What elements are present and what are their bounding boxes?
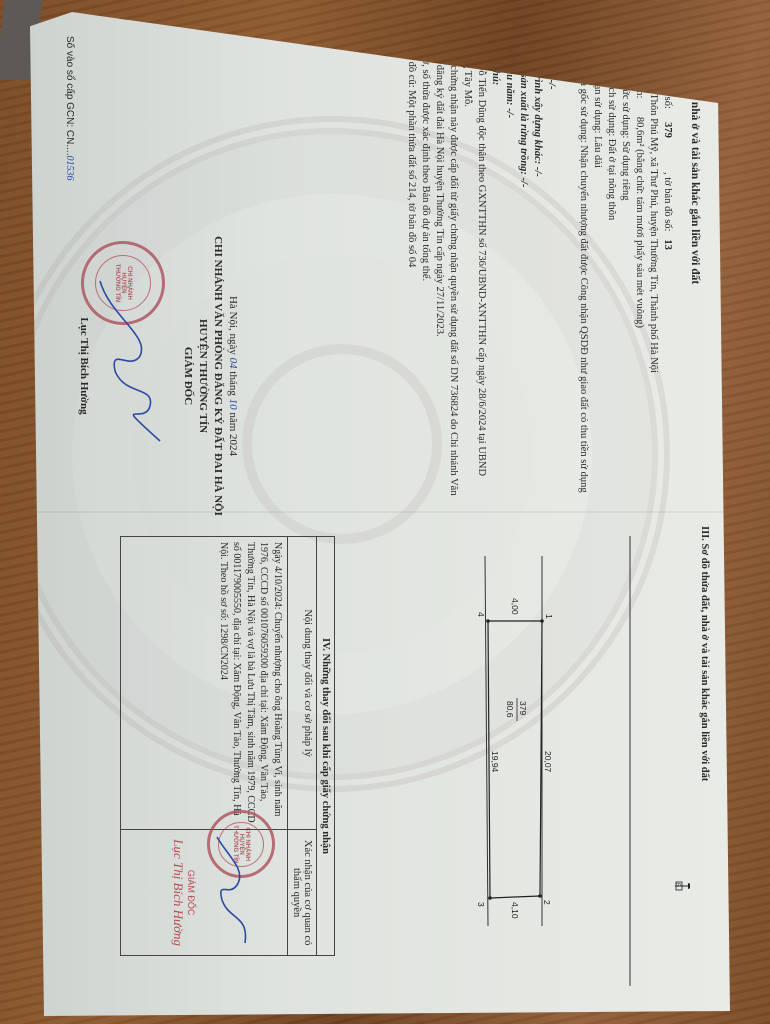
issuer-org-line1: CHI NHÁNH VĂN PHÒNG ĐĂNG KÝ ĐẤT ĐAI HÀ N… [210,216,225,536]
note-item: - Số tờ, số thửa được xác định theo Bản … [418,36,432,506]
table-row: Ngày 4/10/2024: Chuyển nhượng cho ông Ho… [121,537,288,956]
changes-table: IV. Những thay đổi sau khi cấp giấy chứn… [120,536,335,956]
date-prefix: Hà Nội, ngày [227,296,239,355]
registry-label: Số vào sổ cấp GCN: CN.... [64,36,75,156]
origin-row: g) Nguồn gốc sử dụng: Nhận chuyển nhượng… [562,36,590,506]
usage-form-value: Sử dụng riêng [620,141,631,200]
issue-month: 10 [227,399,239,410]
confirm-signature [207,835,257,945]
forest-value: -/- [518,178,529,188]
section-land-info: II. Thửa đất, nhà ở và tài sản khác gắn … [404,36,702,506]
parcel-number-label: 379 [518,701,528,715]
other-works-value: -/- [532,167,543,177]
parcel-number-row: a) Thửa đất số: 379 , tờ bản đồ số: 13 [660,36,674,506]
area-row: c) Diện tích: 80,6m² (bằng chữ: tám mươi… [632,36,646,506]
note-item: - Bản đồ cũ: Một phần thửa đất số 214, t… [404,36,418,506]
parcel-diagram: 1 2 3 4 20,07 4,10 19,94 4,00 379 80,6 B [460,526,690,996]
col-header-confirm: Xác nhận của cơ quan có thẩm quyền [288,830,317,956]
other-works-row: 3. Công trình xây dựng khác: -/- [530,36,544,506]
note-item: - Giấy chứng nhận này được cấp đổi từ gi… [432,36,460,506]
house-row: 2. Nhà ở: -/- [544,36,558,506]
registry-number: Số vào sổ cấp GCN: CN....01536 [64,36,75,181]
address-value: Thôn Phú Mỹ, xã Thư Phú, huyện Thường Tí… [648,93,659,373]
point-label: 1 [544,614,554,619]
parcel-number: 379 [662,122,673,138]
land-certificate-page: II. Thửa đất, nhà ở và tài sản khác gắn … [30,6,730,1016]
certificate-sheet-rotated: II. Thửa đất, nhà ở và tài sản khác gắn … [30,6,730,1016]
land-heading: 1. Thửa đất: [674,36,688,506]
confirm-position: GIÁM ĐỐC [186,835,196,950]
issue-year: năm 2024 [227,412,239,456]
issue-date: Hà Nội, ngày 04 tháng 10 năm 2024 [225,216,240,536]
notes-label: 6. Ghi chú: [488,36,502,506]
point-label: 2 [542,900,552,905]
issuer-position: GIÁM ĐỐC [180,216,195,536]
map-sheet-number: 13 [662,239,673,250]
confirm-signer: Lục Thị Bích Hường [170,835,186,950]
map-sheet-label: , tờ bản đồ số: [662,172,673,232]
perennial-value: -/- [504,108,515,118]
col-header-content: Nội dung thay đổi và cơ sở pháp lý [288,537,317,830]
section4-title: IV. Những thay đổi sau khi cấp giấy chứn… [317,537,335,956]
purpose-value: Đất ở tại nông thôn [606,139,617,220]
issuer-signature-block: Hà Nội, ngày 04 tháng 10 năm 2024 CHI NH… [180,216,240,536]
change-entry: Ngày 4/10/2024: Chuyển nhượng cho ông Ho… [121,537,288,830]
address-row: b) Địa chỉ: Thôn Phú Mỹ, xã Thư Phú, huy… [646,36,660,506]
edge-length-1-2: 20,07 [543,751,553,773]
page-fold [30,511,730,513]
purpose-row: đ) Mục đích sử dụng: Đất ở tại nông thôn [604,36,618,506]
term-row: e) Thời hạn sử dụng: Lâu dài [590,36,604,506]
term-value: Lâu dài [592,136,603,168]
issuer-org-line2: HUYỆN THƯỜNG TÍN [195,216,210,536]
parcel-area-label: 80,6 [505,701,515,718]
registry-value: 01536 [64,156,75,181]
issuer-signature [90,276,170,446]
usage-form-row: d) Hình thức sử dụng: Sử dụng riêng [618,36,632,506]
edge-length-3-4: 19,94 [490,751,500,773]
house-value: -/- [546,80,557,90]
perennial-row: 5. Cây lâu năm: -/- [502,36,516,506]
north-label: B [674,883,680,887]
confirm-cell: CHI NHÁNH HUYỆN THƯỜNG TÍN GIÁM ĐỐC Lục … [121,830,288,956]
parcel-edge-2-3 [490,896,540,898]
forest-row: 4. Rừng sản xuất là rừng trồng: -/- [516,36,530,506]
note-item: - Ông Đỗ Tiến Dũng độc thân theo GXNTTHN… [460,36,488,506]
edge-length-4-1: 4,00 [510,598,520,615]
area-value: 80,6m² (bằng chữ: tám mươi phẩy sáu mét … [634,117,645,328]
issue-day: 04 [227,358,239,369]
month-label: tháng [227,371,239,395]
section2-title: II. Thửa đất, nhà ở và tài sản khác gắn … [688,36,702,506]
section3-title: III. Sơ đồ thửa đất, nhà ở và tài sản kh… [699,526,710,781]
point-label: 4 [476,612,486,617]
edge-length-2-3: 4,10 [510,902,520,919]
issuer-signer-name: Lục Thị Bích Hường [78,236,90,496]
point-label: 3 [476,902,486,907]
